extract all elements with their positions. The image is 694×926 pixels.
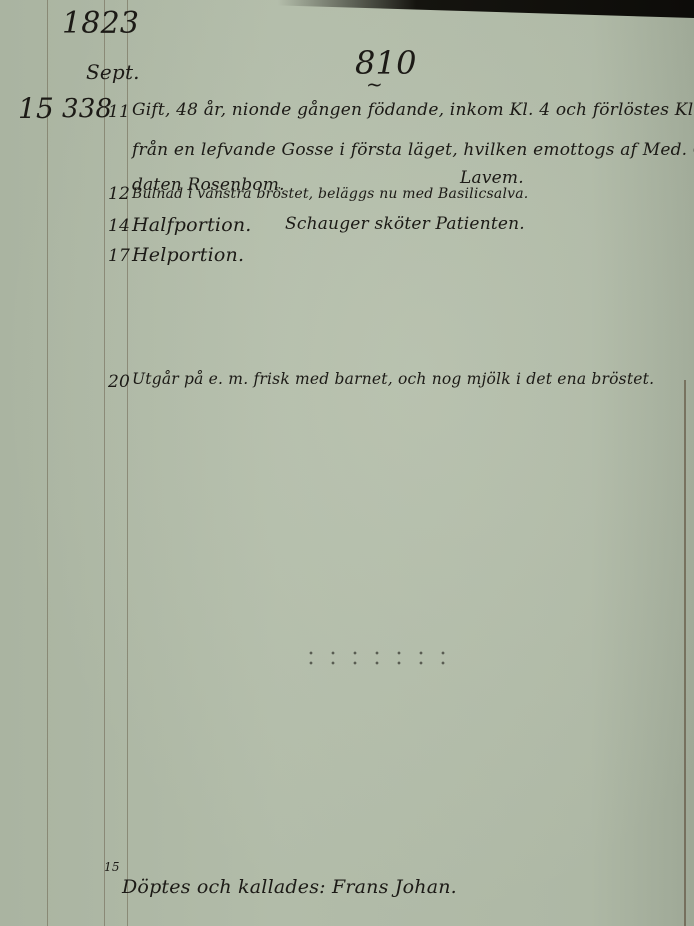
entry-annotation: Lavem.	[460, 168, 524, 188]
entry-line: Utgår på e. m. frisk med barnet, och nog…	[132, 370, 654, 388]
entry-day: 20	[108, 372, 130, 392]
entry-day: 12	[108, 184, 130, 204]
year: 1823	[62, 6, 139, 41]
entry-line: från en lefvande Gosse i första läget, h…	[132, 140, 694, 160]
margin-rule-2	[104, 0, 105, 926]
entry-line: Gift, 48 år, nionde gången födande, inko…	[132, 100, 694, 120]
entry-line: Döptes och kallades: Frans Johan.	[122, 876, 457, 898]
margin-rule-1	[47, 0, 48, 926]
entry-annotation: Schauger sköter Patienten.	[285, 214, 525, 234]
month: Sept.	[86, 60, 140, 84]
entry-day: 17	[108, 246, 130, 266]
record-number: 338	[62, 94, 112, 124]
entry-line: Halfportion.	[132, 214, 252, 236]
binding-edge	[684, 380, 686, 926]
page-number: 810	[355, 44, 417, 82]
margin-rule-3	[127, 0, 128, 926]
entry-line: Helportion.	[132, 244, 244, 266]
ink-specks	[300, 648, 450, 668]
record-day: 15	[18, 92, 54, 125]
entry-line: Bulnad i vänstra bröstet, beläggs nu med…	[132, 186, 528, 202]
page-number-flourish: ~	[366, 72, 383, 96]
entry-day: 15	[104, 860, 120, 874]
ledger-page: 1823 810 ~ Sept. 15 338 11 Gift, 48 år, …	[0, 0, 694, 926]
entry-day: 14	[108, 216, 130, 236]
entry-day: 11	[108, 102, 130, 122]
